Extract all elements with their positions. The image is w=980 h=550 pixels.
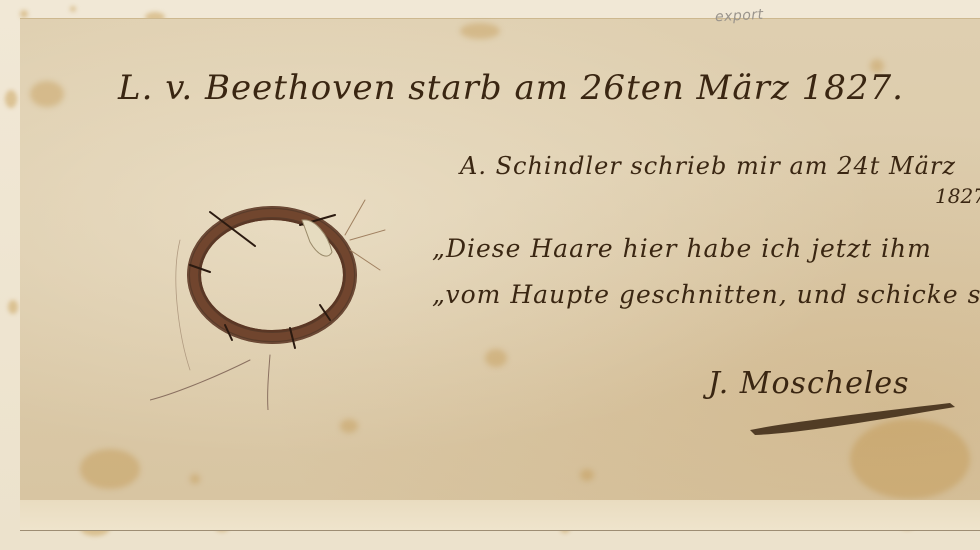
mount-lower-edge [20,500,980,531]
text-line-schindler: A. Schindler schrieb mir am 24t März [460,152,956,180]
quote-line-2: „vom Haupte geschnitten, und schicke sie… [432,280,980,309]
quote-line-1: „Diese Haare hier habe ich jetzt ihm [432,234,932,263]
hair-lock-icon [150,180,400,410]
signature-flourish-icon [745,395,960,440]
pencil-annotation: export [715,7,764,26]
heading-line: L. v. Beethoven starb am 26ten März 1827… [118,68,904,108]
text-line-year: 1827 [935,184,980,208]
